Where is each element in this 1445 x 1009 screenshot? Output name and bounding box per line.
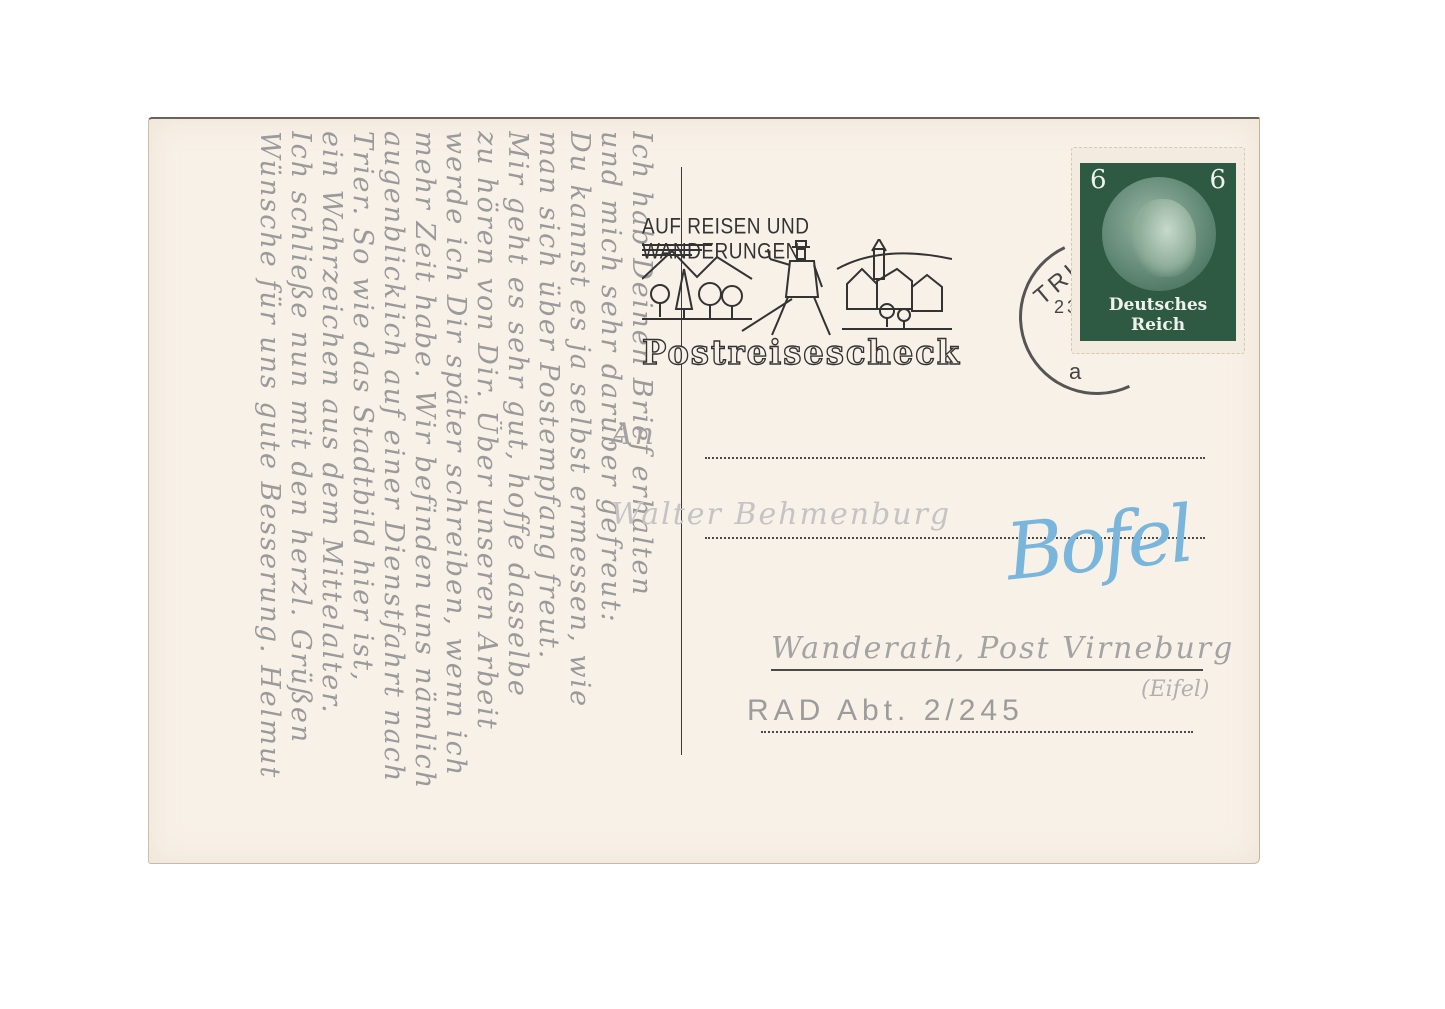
message-line: man sich über Postempfang freut. — [533, 131, 564, 875]
stamp-inscription: Deutsches Reich — [1080, 295, 1236, 335]
portrait-head-icon — [1132, 199, 1196, 277]
address-line-3 — [771, 669, 1203, 671]
message-line: Mir geht es sehr gut, hoffe dasselbe — [502, 131, 533, 875]
stamp-value-right: 6 — [1209, 165, 1226, 195]
message-line: ein Wahrzeichen aus dem Mittelalter. — [316, 131, 347, 875]
address-name: Walter Behmenburg — [611, 497, 951, 532]
message-line: zu hören von Dir. Über unseren Arbeit — [471, 131, 502, 875]
message-line: Trier. So wie das Stadtbild hier ist, — [347, 131, 378, 875]
portrait-medallion-icon — [1102, 177, 1216, 291]
address-line-1 — [705, 457, 1205, 459]
address-town: Wanderath, Post Virneburg — [771, 631, 1234, 666]
slogan-bottom-text: Postreisescheck — [642, 333, 961, 373]
blue-crayon-annotation: Bofel — [1002, 490, 1195, 599]
postcard: Ich hab Deinen Brief erhalten und mich s… — [148, 117, 1260, 864]
postmark-letter: a — [1069, 359, 1081, 385]
message-line: mehr Zeit habe. Wir befinden uns nämlich — [409, 131, 440, 875]
address-unit-code: RAD Abt. 2/245 — [747, 694, 1024, 728]
stamp-face: 6 6 Deutsches Reich — [1080, 163, 1236, 341]
stamp-value-left: 6 — [1090, 165, 1107, 195]
message-line: augenblicklich auf einer Dienstfahrt nac… — [378, 131, 409, 875]
address-line-4 — [761, 731, 1193, 733]
address-salutation: An — [611, 417, 656, 452]
postage-stamp: 6 6 Deutsches Reich — [1071, 147, 1245, 354]
address-region: (Eifel) — [1141, 677, 1209, 702]
handwritten-message: Ich hab Deinen Brief erhalten und mich s… — [137, 131, 657, 875]
message-line: Du kannst es ja selbst ermessen, wie — [564, 131, 595, 875]
message-line: werde ich Dir später schreiben, wenn ich — [440, 131, 471, 875]
message-line: Wünsche für uns gute Besserung. Helmut — [254, 131, 285, 875]
message-line: Ich schließe nun mit den herzl. Grüßen — [285, 131, 316, 875]
slogan-cancellation: AUF REISEN UND WANDERUNGEN — [642, 215, 952, 385]
hiker-landscape-icon — [642, 239, 952, 339]
